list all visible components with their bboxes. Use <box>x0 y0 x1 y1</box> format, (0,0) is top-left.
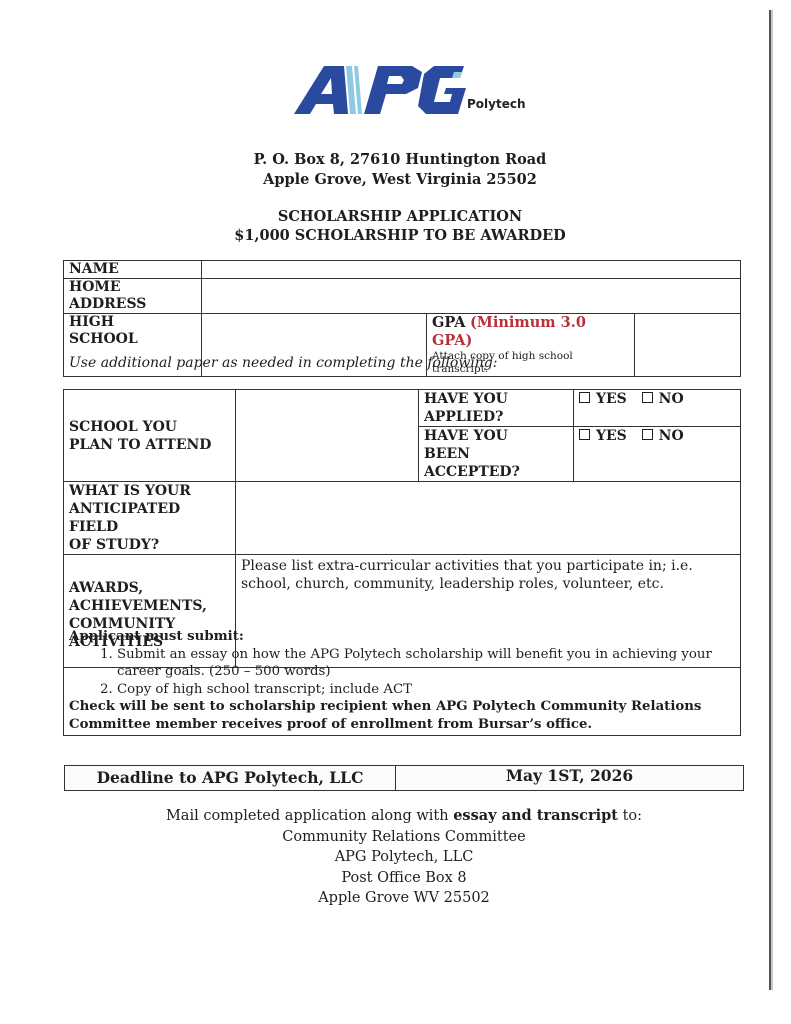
checkbox-icon[interactable] <box>579 392 590 403</box>
gpa-field[interactable] <box>635 314 741 377</box>
mailing-instructions: Mail completed application along with es… <box>0 806 791 909</box>
no-label: NO <box>659 428 684 444</box>
gpa-label: GPA <box>432 314 465 331</box>
applied-label-line-1: HAVE YOU <box>424 390 568 408</box>
title-line-2: $1,000 SCHOLARSHIP TO BE AWARDED <box>0 226 791 245</box>
school-plan-label-line-2: PLAN TO ATTEND <box>69 436 230 454</box>
field-of-study-field[interactable] <box>236 482 741 555</box>
field-of-study-label: WHAT IS YOUR ANTICIPATED FIELD OF STUDY? <box>64 482 236 555</box>
mailing-line-4: Apple Grove WV 25502 <box>0 888 791 909</box>
home-address-field[interactable] <box>202 279 741 314</box>
school-plan-label-line-1: SCHOOL YOU <box>69 418 230 436</box>
check-note: Check will be sent to scholarship recipi… <box>69 698 735 733</box>
school-plan-field[interactable] <box>236 390 419 482</box>
applied-label-line-2: APPLIED? <box>424 408 568 426</box>
deadline-box: Deadline to APG Polytech, LLC May 1ST, 2… <box>64 765 744 791</box>
checkbox-icon[interactable] <box>579 429 590 440</box>
mailing-line-1: Community Relations Committee <box>0 827 791 848</box>
applied-label: HAVE YOU APPLIED? <box>419 390 574 427</box>
home-address-label: HOME ADDRESS <box>64 279 202 314</box>
accepted-no-option[interactable]: NO <box>642 428 684 444</box>
checkbox-icon[interactable] <box>642 429 653 440</box>
logo-subtitle: Polytech <box>467 97 526 111</box>
name-row: NAME <box>64 261 741 279</box>
applied-no-option[interactable]: NO <box>642 391 684 407</box>
accepted-options: YES NO <box>574 427 741 482</box>
deadline-label: Deadline to APG Polytech, LLC <box>65 766 396 790</box>
organization-address: P. O. Box 8, 27610 Huntington Road Apple… <box>0 150 791 190</box>
name-label: NAME <box>64 261 202 279</box>
submit-item-essay: Submit an essay on how the APG Polytech … <box>117 646 735 681</box>
field-label-line-3: OF STUDY? <box>69 536 230 554</box>
submission-requirements: Applicant must submit: Submit an essay o… <box>63 625 741 736</box>
no-label: NO <box>659 391 684 407</box>
awards-label-line-1: AWARDS, <box>69 579 230 597</box>
accepted-label-line-1: HAVE YOU <box>424 427 568 445</box>
instruction-text: Use additional paper as needed in comple… <box>69 355 498 371</box>
awards-label-line-2: ACHIEVEMENTS, <box>69 597 230 615</box>
applied-options: YES NO <box>574 390 741 427</box>
address-line-1: P. O. Box 8, 27610 Huntington Road <box>0 150 791 170</box>
yes-label: YES <box>596 391 627 407</box>
submit-item-transcript: Copy of high school transcript; include … <box>117 681 735 699</box>
high-school-label-line-1: HIGH <box>69 314 196 331</box>
applied-row: SCHOOL YOU PLAN TO ATTEND HAVE YOU APPLI… <box>64 390 741 427</box>
field-of-study-row: WHAT IS YOUR ANTICIPATED FIELD OF STUDY? <box>64 482 741 555</box>
home-address-row: HOME ADDRESS <box>64 279 741 314</box>
accepted-label: HAVE YOU BEEN ACCEPTED? <box>419 427 574 482</box>
mailing-intro-prefix: Mail completed application along with <box>166 808 453 824</box>
mailing-line-3: Post Office Box 8 <box>0 868 791 889</box>
awards-prompt: Please list extra-curricular activities … <box>241 557 735 593</box>
submit-header: Applicant must submit: <box>69 628 735 646</box>
name-field[interactable] <box>202 261 741 279</box>
mailing-intro-bold: essay and transcript <box>453 807 618 824</box>
applied-yes-option[interactable]: YES <box>579 391 627 407</box>
field-label-line-1: WHAT IS YOUR <box>69 482 230 500</box>
field-label-line-2: ANTICIPATED FIELD <box>69 500 230 536</box>
mailing-intro: Mail completed application along with es… <box>0 806 791 827</box>
accepted-yes-option[interactable]: YES <box>579 428 627 444</box>
mailing-intro-suffix: to: <box>618 808 642 824</box>
school-plan-label: SCHOOL YOU PLAN TO ATTEND <box>64 390 236 482</box>
title-line-1: SCHOLARSHIP APPLICATION <box>0 207 791 226</box>
accepted-label-line-2: BEEN ACCEPTED? <box>424 445 568 481</box>
address-line-2: Apple Grove, West Virginia 25502 <box>0 170 791 190</box>
high-school-label-line-2: SCHOOL <box>69 331 196 348</box>
deadline-date: May 1ST, 2026 <box>396 766 743 790</box>
checkbox-icon[interactable] <box>642 392 653 403</box>
form-title: SCHOLARSHIP APPLICATION $1,000 SCHOLARSH… <box>0 207 791 245</box>
mailing-line-2: APG Polytech, LLC <box>0 847 791 868</box>
yes-label: YES <box>596 428 627 444</box>
submit-list: Submit an essay on how the APG Polytech … <box>69 646 735 699</box>
